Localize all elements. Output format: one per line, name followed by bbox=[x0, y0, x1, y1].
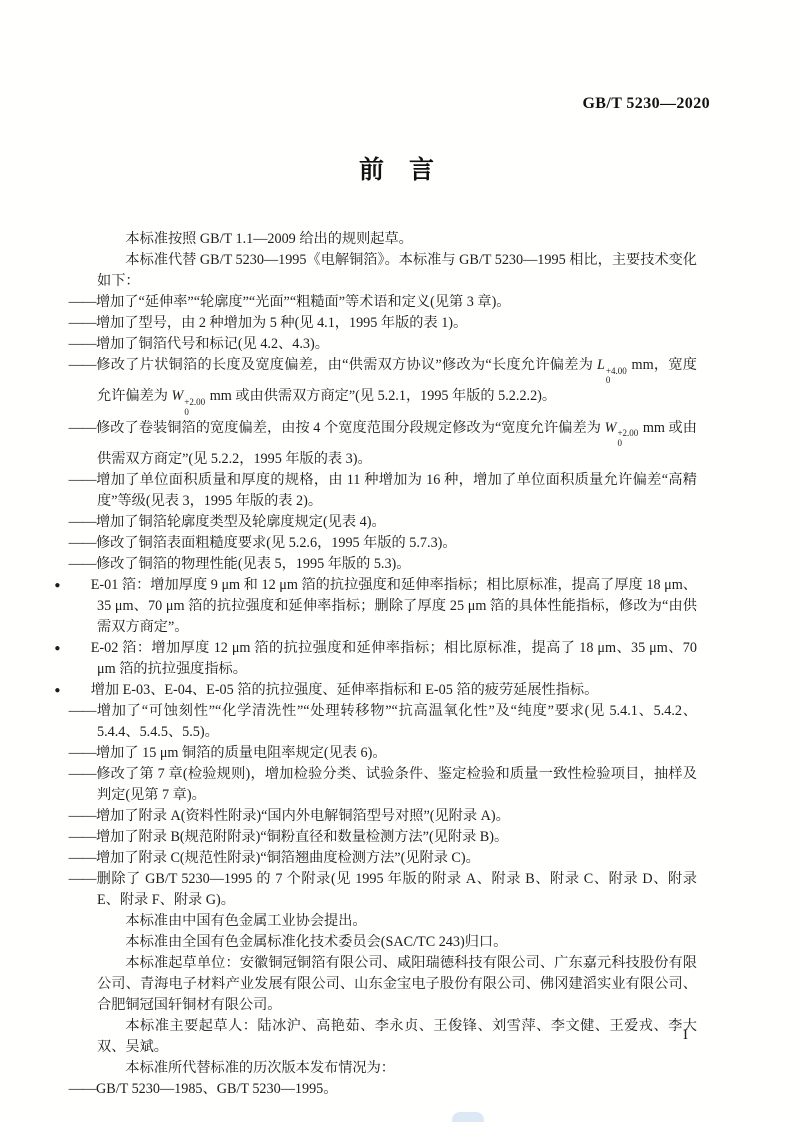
bullet-item: ●E-02 箔：增加厚度 12 μm 箔的抗拉强度和延伸率指标；相比原标准，提高… bbox=[97, 638, 697, 680]
dash-prefix: —— bbox=[69, 703, 96, 719]
dash-item: ——修改了铜箔的物理性能(见表 5，1995 年版的 5.3)。 bbox=[97, 554, 697, 575]
dash-item: ——修改了卷装铜箔的宽度偏差，由按 4 个宽度范围分段规定修改为“宽度允许偏差为… bbox=[97, 418, 697, 470]
dash-item: ——增加了型号，由 2 种增加为 5 种(见 4.1，1995 年版的表 1)。 bbox=[97, 313, 697, 334]
dash-item: ——增加了“延伸率”“轮廓度”“光面”“粗糙面”等术语和定义(见第 3 章)。 bbox=[97, 292, 697, 313]
paragraph: 本标准按照 GB/T 1.1—2009 给出的规则起草。 bbox=[97, 229, 697, 250]
dash-item: ——增加了附录 C(规范性附录)“铜箔翘曲度检测方法”(见附录 C)。 bbox=[97, 848, 697, 869]
paragraph: 本标准主要起草人：陆冰沪、高艳茹、李永贞、王俊锋、刘雪萍、李文健、王爱戎、李大双… bbox=[97, 1016, 697, 1058]
page-title: 前 言 bbox=[0, 150, 793, 186]
paragraph: 本标准由中国有色金属工业协会提出。 bbox=[97, 911, 697, 932]
bottom-artifact bbox=[452, 1112, 484, 1122]
dash-prefix: —— bbox=[69, 514, 96, 530]
dash-item: ——修改了片状铜箔的长度及宽度偏差，由“供需双方协议”修改为“长度允许偏差为 L… bbox=[97, 355, 697, 418]
dash-item: ——增加了附录 A(资料性附录)“国内外电解铜箔型号对照”(见附录 A)。 bbox=[97, 806, 697, 827]
foreword-body: 本标准按照 GB/T 1.1—2009 给出的规则起草。本标准代替 GB/T 5… bbox=[97, 229, 697, 1100]
dash-prefix: —— bbox=[69, 766, 96, 782]
dash-prefix: —— bbox=[69, 336, 96, 352]
formula-tolerance: +4.000 bbox=[606, 367, 627, 387]
document-page: GB/T 5230—2020 前 言 本标准按照 GB/T 1.1—2009 给… bbox=[0, 0, 793, 1122]
dash-prefix: —— bbox=[69, 829, 96, 845]
dash-prefix: —— bbox=[69, 850, 96, 866]
dash-prefix: —— bbox=[69, 1081, 96, 1097]
bullet-item: ●增加 E-03、E-04、E-05 箔的抗拉强度、延伸率指标和 E-05 箔的… bbox=[97, 680, 697, 701]
dash-prefix: —— bbox=[69, 808, 96, 824]
bullet-icon: ● bbox=[76, 680, 91, 701]
formula-tolerance: +2.000 bbox=[184, 398, 205, 418]
bullet-item: ●E-01 箔：增加厚度 9 μm 和 12 μm 箔的抗拉强度和延伸率指标；相… bbox=[97, 575, 697, 638]
dash-item: ——增加了单位面积质量和厚度的规格，由 11 种增加为 16 种，增加了单位面积… bbox=[97, 470, 697, 512]
dash-item: ——增加了铜箔代号和标记(见 4.2、4.3)。 bbox=[97, 334, 697, 355]
paragraph: 本标准代替 GB/T 5230—1995《电解铜箔》。本标准与 GB/T 523… bbox=[97, 250, 697, 292]
dash-item: ——删除了 GB/T 5230—1995 的 7 个附录(见 1995 年版的附… bbox=[97, 869, 697, 911]
page-number: I bbox=[683, 1027, 688, 1044]
dash-prefix: —— bbox=[69, 745, 96, 761]
standard-number: GB/T 5230—2020 bbox=[582, 95, 710, 113]
dash-item: ——增加了“可蚀刻性”“化学清洗性”“处理转移物”“抗高温氧化性”及“纯度”要求… bbox=[97, 701, 697, 743]
dash-item: ——增加了铜箔轮廓度类型及轮廓度规定(见表 4)。 bbox=[97, 512, 697, 533]
dash-prefix: —— bbox=[69, 535, 96, 551]
bullet-icon: ● bbox=[76, 575, 91, 596]
formula-tolerance: +2.000 bbox=[617, 429, 638, 449]
formula-variable: W bbox=[172, 388, 184, 404]
dash-prefix: —— bbox=[69, 420, 96, 436]
dash-prefix: —— bbox=[69, 357, 96, 373]
paragraph: 本标准起草单位：安徽铜冠铜箔有限公司、咸阳瑞德科技有限公司、广东嘉元科技股份有限… bbox=[97, 953, 697, 1016]
dash-prefix: —— bbox=[69, 472, 96, 488]
bullet-icon: ● bbox=[76, 638, 91, 659]
dash-prefix: —— bbox=[69, 315, 96, 331]
formula-variable: W bbox=[605, 420, 617, 436]
dash-item: ——修改了铜箔表面粗糙度要求(见 5.2.6，1995 年版的 5.7.3)。 bbox=[97, 533, 697, 554]
paragraph: 本标准由全国有色金属标准化技术委员会(SAC/TC 243)归口。 bbox=[97, 932, 697, 953]
dash-item: ——GB/T 5230—1985、GB/T 5230—1995。 bbox=[97, 1079, 697, 1100]
dash-item: ——修改了第 7 章(检验规则)，增加检验分类、试验条件、鉴定检验和质量一致性检… bbox=[97, 764, 697, 806]
dash-prefix: —— bbox=[69, 871, 96, 887]
formula-variable: L bbox=[597, 357, 605, 373]
dash-item: ——增加了附录 B(规范附附录)“铜粉直径和数量检测方法”(见附录 B)。 bbox=[97, 827, 697, 848]
dash-prefix: —— bbox=[69, 294, 96, 310]
paragraph: 本标准所代替标准的历次版本发布情况为： bbox=[97, 1058, 697, 1079]
dash-prefix: —— bbox=[69, 556, 96, 572]
dash-item: ——增加了 15 μm 铜箔的质量电阻率规定(见表 6)。 bbox=[97, 743, 697, 764]
